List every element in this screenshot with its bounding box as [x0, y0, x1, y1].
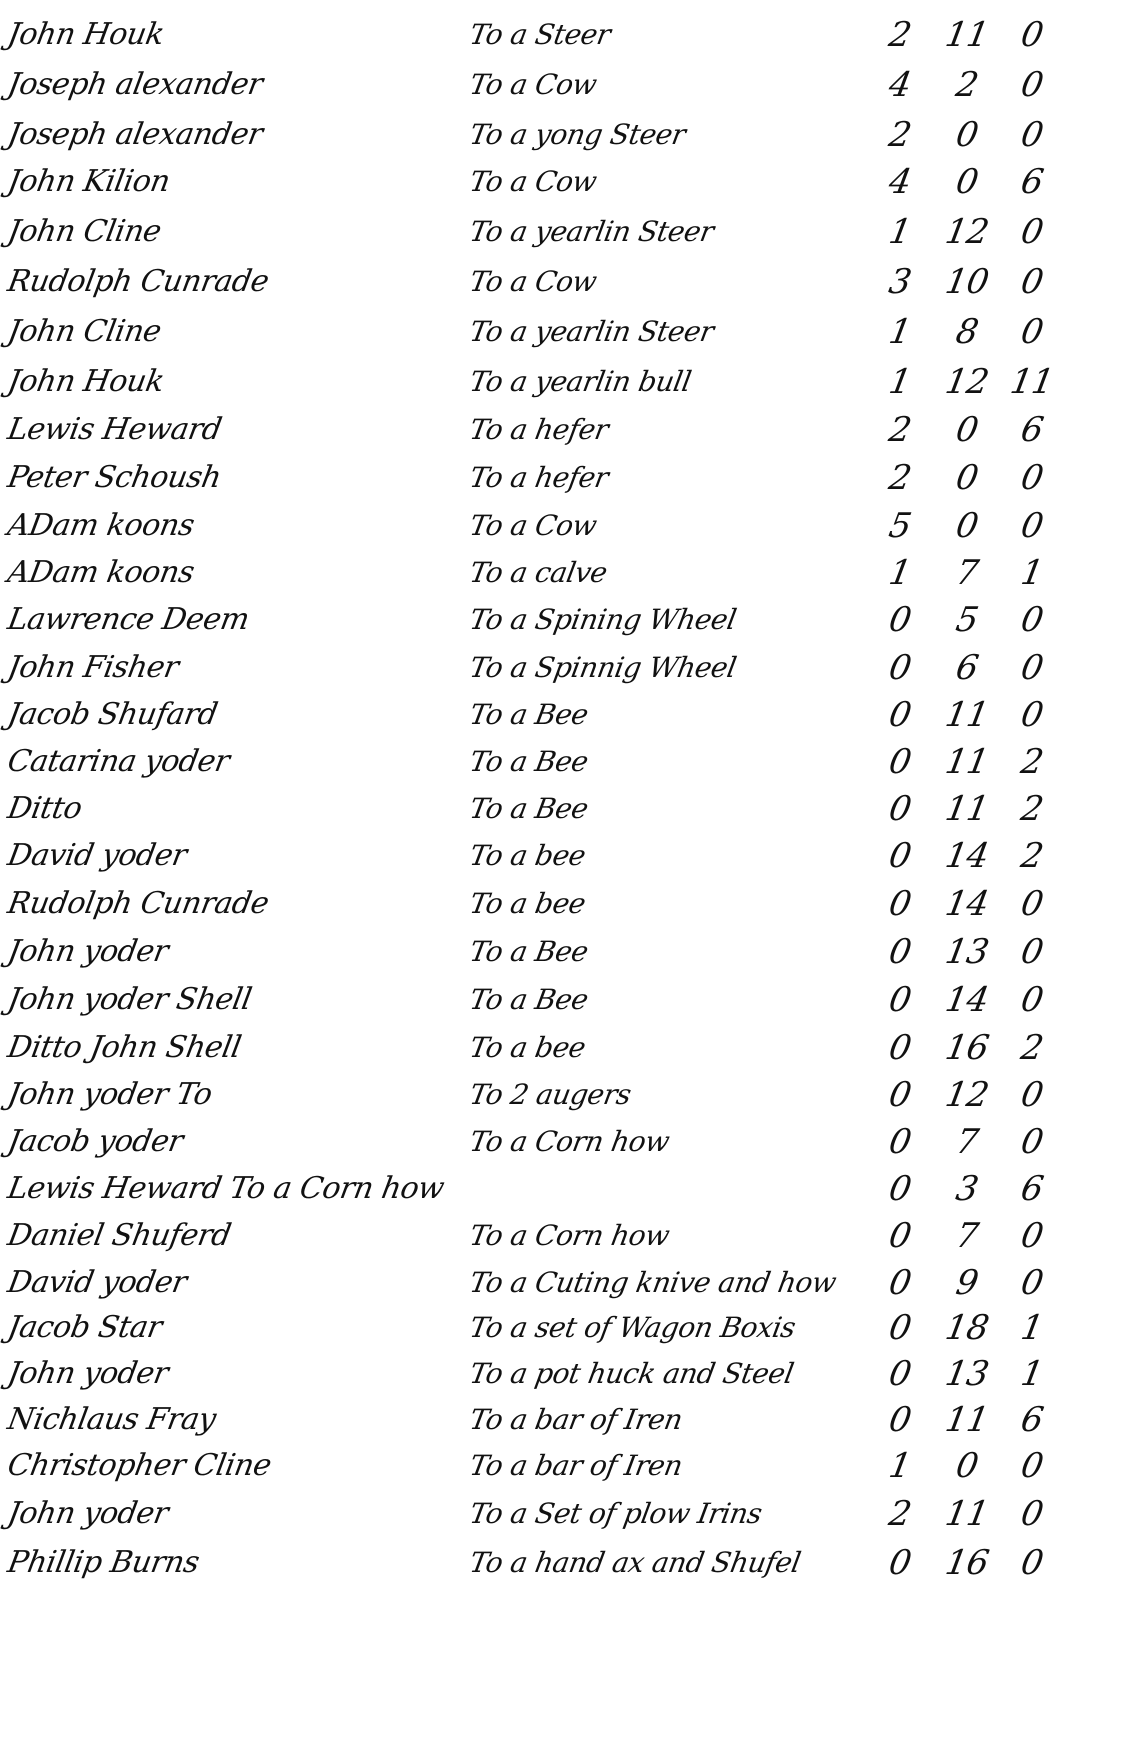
ledger-pence: 2: [1006, 1028, 1057, 1068]
ledger-pounds: 0: [874, 1122, 925, 1162]
ledger-pounds: 2: [874, 410, 925, 450]
ledger-row: Nichlaus FrayTo a bar of Iren0116: [0, 1400, 1130, 1448]
ledger-row: Rudolph CunradeTo a Cow3100: [0, 262, 1130, 310]
ledger-row: Rudolph CunradeTo a bee0140: [0, 884, 1130, 932]
ledger-shillings: 11: [941, 1400, 992, 1440]
ledger-item: To a Cow: [466, 506, 599, 546]
ledger-name: Daniel Shuferd: [4, 1216, 233, 1256]
ledger-shillings: 14: [941, 980, 992, 1020]
ledger-shillings: 5: [941, 600, 992, 640]
ledger-item: To a Bee: [466, 789, 591, 829]
ledger-item: To a Cow: [466, 162, 599, 202]
ledger-name: John Cline: [4, 212, 164, 252]
ledger-pence: 0: [1006, 1075, 1057, 1115]
ledger-pounds: 0: [874, 836, 925, 876]
ledger-pounds: 0: [874, 884, 925, 924]
ledger-item: To a bee: [466, 836, 588, 876]
ledger-name: Catarina yoder: [4, 742, 232, 782]
ledger-pounds: 0: [874, 932, 925, 972]
ledger-name: John yoder: [4, 1494, 171, 1534]
ledger-pence: 0: [1006, 15, 1057, 55]
ledger-item: To a bar of Iren: [466, 1400, 685, 1440]
ledger-row: Joseph alexanderTo a yong Steer200: [0, 115, 1130, 163]
ledger-pounds: 3: [874, 262, 925, 302]
ledger-pounds: 0: [874, 1263, 925, 1303]
ledger-pence: 2: [1006, 742, 1057, 782]
ledger-name: Peter Schoush: [4, 458, 224, 498]
ledger-shillings: 11: [941, 742, 992, 782]
ledger-shillings: 13: [941, 1354, 992, 1394]
ledger-pence: 6: [1006, 410, 1057, 450]
ledger-name: John Cline: [4, 312, 164, 352]
ledger-item: To a Spinnig Wheel: [466, 648, 739, 688]
ledger-shillings: 12: [941, 362, 992, 402]
ledger-pence: 0: [1006, 1494, 1057, 1534]
ledger-item: To a Bee: [466, 932, 591, 972]
ledger-row: John yoder ShellTo a Bee0140: [0, 980, 1130, 1028]
ledger-shillings: 7: [941, 1122, 992, 1162]
ledger-pounds: 4: [874, 162, 925, 202]
ledger-row: Peter SchoushTo a hefer200: [0, 458, 1130, 506]
ledger-shillings: 12: [941, 212, 992, 252]
ledger-pounds: 0: [874, 1075, 925, 1115]
ledger-pounds: 1: [874, 312, 925, 352]
ledger-item: To 2 augers: [466, 1075, 634, 1115]
ledger-name: ADam koons: [4, 506, 197, 546]
ledger-item: To a Set of plow Irins: [466, 1494, 764, 1534]
ledger-pounds: 0: [874, 1400, 925, 1440]
ledger-shillings: 6: [941, 648, 992, 688]
ledger-name: David yoder: [4, 1263, 189, 1303]
ledger-row: Ditto John ShellTo a bee0162: [0, 1028, 1130, 1076]
ledger-name: Rudolph Cunrade: [4, 262, 271, 302]
ledger-pence: 0: [1006, 932, 1057, 972]
ledger-row: John ClineTo a yearlin Steer180: [0, 312, 1130, 360]
ledger-pence: 2: [1006, 789, 1057, 829]
ledger-item: To a hand ax and Shufel: [466, 1543, 803, 1583]
ledger-pounds: 0: [874, 742, 925, 782]
ledger-name: John Houk: [4, 362, 167, 402]
ledger-pence: 0: [1006, 212, 1057, 252]
ledger-shillings: 7: [941, 1216, 992, 1256]
ledger-item: To a Steer: [466, 15, 613, 55]
ledger-pence: 0: [1006, 312, 1057, 352]
ledger-pence: 0: [1006, 458, 1057, 498]
ledger-pence: 0: [1006, 1543, 1057, 1583]
ledger-item: To a pot huck and Steel: [466, 1354, 796, 1394]
ledger-row: John yoderTo a Set of plow Irins2110: [0, 1494, 1130, 1542]
ledger-item: To a Corn how: [466, 1216, 672, 1256]
ledger-name: John yoder To: [4, 1075, 214, 1115]
ledger-pounds: 0: [874, 1543, 925, 1583]
ledger-item: To a yearlin Steer: [466, 312, 716, 352]
ledger-row: John ClineTo a yearlin Steer1120: [0, 212, 1130, 260]
ledger-pounds: 2: [874, 15, 925, 55]
ledger-shillings: 0: [941, 1446, 992, 1486]
ledger-shillings: 11: [941, 695, 992, 735]
ledger-item: To a bar of Iren: [466, 1446, 685, 1486]
ledger-shillings: 10: [941, 262, 992, 302]
ledger-pence: 0: [1006, 1263, 1057, 1303]
ledger-row: Jacob StarTo a set of Wagon Boxis0181: [0, 1308, 1130, 1356]
ledger-row: Catarina yoderTo a Bee0112: [0, 742, 1130, 790]
ledger-name: Joseph alexander: [4, 115, 265, 155]
ledger-row: Joseph alexanderTo a Cow420: [0, 65, 1130, 113]
ledger-item: To a yearlin Steer: [466, 212, 716, 252]
ledger-pounds: 0: [874, 695, 925, 735]
ledger-row: John yoderTo a Bee0130: [0, 932, 1130, 980]
ledger-pence: 0: [1006, 600, 1057, 640]
ledger-pounds: 0: [874, 1308, 925, 1348]
ledger-pence: 0: [1006, 506, 1057, 546]
ledger-item: To a hefer: [466, 410, 611, 450]
ledger-item: To a Cuting knive and how: [466, 1263, 839, 1303]
ledger-shillings: 11: [941, 1494, 992, 1534]
ledger-pence: 0: [1006, 648, 1057, 688]
ledger-row: John yoder ToTo 2 augers0120: [0, 1075, 1130, 1123]
ledger-row: ADam koonsTo a Cow500: [0, 506, 1130, 554]
ledger-row: Jacob ShufardTo a Bee0110: [0, 695, 1130, 743]
ledger-row: Lewis Heward To a Corn how036: [0, 1169, 1130, 1217]
ledger-shillings: 7: [941, 553, 992, 593]
ledger-shillings: 3: [941, 1169, 992, 1209]
ledger-item: To a yong Steer: [466, 115, 688, 155]
ledger-row: Phillip BurnsTo a hand ax and Shufel0160: [0, 1543, 1130, 1591]
ledger-pence: 0: [1006, 262, 1057, 302]
ledger-shillings: 9: [941, 1263, 992, 1303]
ledger-shillings: 16: [941, 1543, 992, 1583]
ledger-name: Lawrence Deem: [4, 600, 252, 640]
ledger-row: DittoTo a Bee0112: [0, 789, 1130, 837]
ledger-pence: 2: [1006, 836, 1057, 876]
ledger-shillings: 18: [941, 1308, 992, 1348]
ledger-pence: 0: [1006, 65, 1057, 105]
ledger-shillings: 16: [941, 1028, 992, 1068]
ledger-name: Jacob yoder: [4, 1122, 185, 1162]
ledger-pounds: 0: [874, 980, 925, 1020]
ledger-pounds: 0: [874, 1354, 925, 1394]
ledger-pence: 6: [1006, 162, 1057, 202]
ledger-name: David yoder: [4, 836, 189, 876]
ledger-row: David yoderTo a Cuting knive and how090: [0, 1263, 1130, 1311]
ledger-item: To a Cow: [466, 65, 599, 105]
ledger-pence: 0: [1006, 884, 1057, 924]
ledger-item: To a yearlin bull: [466, 362, 694, 402]
ledger-item: To a calve: [466, 553, 610, 593]
ledger-item: To a Cow: [466, 262, 599, 302]
ledger-name: Ditto: [4, 789, 84, 829]
ledger-pounds: 0: [874, 1216, 925, 1256]
ledger-item: To a Bee: [466, 742, 591, 782]
ledger-pounds: 2: [874, 1494, 925, 1534]
ledger-pence: 0: [1006, 115, 1057, 155]
ledger-row: David yoderTo a bee0142: [0, 836, 1130, 884]
ledger-pence: 0: [1006, 1446, 1057, 1486]
ledger-pounds: 0: [874, 1169, 925, 1209]
ledger-item: To a Bee: [466, 695, 591, 735]
ledger-item: To a hefer: [466, 458, 611, 498]
ledger-name: Nichlaus Fray: [4, 1400, 218, 1440]
ledger-row: John HoukTo a yearlin bull11211: [0, 362, 1130, 410]
ledger-pence: 11: [1006, 362, 1057, 402]
ledger-item: To a Spining Wheel: [466, 600, 739, 640]
ledger-pence: 6: [1006, 1400, 1057, 1440]
ledger-name: ADam koons: [4, 553, 197, 593]
ledger-name: Lewis Heward: [4, 410, 224, 450]
ledger-pounds: 1: [874, 362, 925, 402]
ledger-shillings: 0: [941, 410, 992, 450]
ledger-name: Lewis Heward To a Corn how: [4, 1169, 446, 1209]
ledger-shillings: 11: [941, 15, 992, 55]
ledger-row: John FisherTo a Spinnig Wheel060: [0, 648, 1130, 696]
ledger-name: John Houk: [4, 15, 167, 55]
ledger-item: To a Bee: [466, 980, 591, 1020]
ledger-pence: 1: [1006, 1354, 1057, 1394]
ledger-row: Daniel ShuferdTo a Corn how070: [0, 1216, 1130, 1264]
ledger-name: Jacob Star: [4, 1308, 164, 1348]
ledger-name: John Fisher: [4, 648, 181, 688]
ledger-pence: 1: [1006, 1308, 1057, 1348]
ledger-shillings: 0: [941, 162, 992, 202]
ledger-name: John yoder: [4, 1354, 171, 1394]
ledger-pounds: 5: [874, 506, 925, 546]
ledger-shillings: 0: [941, 115, 992, 155]
ledger-pounds: 2: [874, 115, 925, 155]
ledger-shillings: 13: [941, 932, 992, 972]
ledger-pence: 0: [1006, 1122, 1057, 1162]
ledger-pounds: 0: [874, 789, 925, 829]
ledger-pounds: 0: [874, 648, 925, 688]
ledger-row: John HoukTo a Steer2110: [0, 15, 1130, 63]
ledger-shillings: 14: [941, 884, 992, 924]
ledger-pounds: 2: [874, 458, 925, 498]
ledger-name: Rudolph Cunrade: [4, 884, 271, 924]
ledger-pounds: 1: [874, 212, 925, 252]
ledger-page: John HoukTo a Steer2110Joseph alexanderT…: [0, 0, 1130, 1749]
ledger-item: To a bee: [466, 884, 588, 924]
ledger-pounds: 1: [874, 553, 925, 593]
ledger-row: ADam koonsTo a calve171: [0, 553, 1130, 601]
ledger-shillings: 14: [941, 836, 992, 876]
ledger-shillings: 8: [941, 312, 992, 352]
ledger-pounds: 1: [874, 1446, 925, 1486]
ledger-name: Joseph alexander: [4, 65, 265, 105]
ledger-pence: 6: [1006, 1169, 1057, 1209]
ledger-pence: 0: [1006, 980, 1057, 1020]
ledger-name: Jacob Shufard: [4, 695, 220, 735]
ledger-name: John Kilion: [4, 162, 172, 202]
ledger-row: John KilionTo a Cow406: [0, 162, 1130, 210]
ledger-item: To a set of Wagon Boxis: [466, 1308, 798, 1348]
ledger-row: Lawrence DeemTo a Spining Wheel050: [0, 600, 1130, 648]
ledger-name: Phillip Burns: [4, 1543, 202, 1583]
ledger-pounds: 4: [874, 65, 925, 105]
ledger-shillings: 2: [941, 65, 992, 105]
ledger-pounds: 0: [874, 1028, 925, 1068]
ledger-shillings: 11: [941, 789, 992, 829]
ledger-pence: 1: [1006, 553, 1057, 593]
ledger-pence: 0: [1006, 695, 1057, 735]
ledger-name: John yoder Shell: [4, 980, 254, 1020]
ledger-shillings: 12: [941, 1075, 992, 1115]
ledger-row: John yoderTo a pot huck and Steel0131: [0, 1354, 1130, 1402]
ledger-shillings: 0: [941, 506, 992, 546]
ledger-item: To a bee: [466, 1028, 588, 1068]
ledger-pounds: 0: [874, 600, 925, 640]
ledger-pence: 0: [1006, 1216, 1057, 1256]
ledger-name: Christopher Cline: [4, 1446, 274, 1486]
ledger-name: Ditto John Shell: [4, 1028, 244, 1068]
ledger-row: Christopher ClineTo a bar of Iren100: [0, 1446, 1130, 1494]
ledger-name: John yoder: [4, 932, 171, 972]
ledger-row: Jacob yoderTo a Corn how070: [0, 1122, 1130, 1170]
ledger-shillings: 0: [941, 458, 992, 498]
ledger-item: To a Corn how: [466, 1122, 672, 1162]
ledger-row: Lewis HewardTo a hefer206: [0, 410, 1130, 458]
